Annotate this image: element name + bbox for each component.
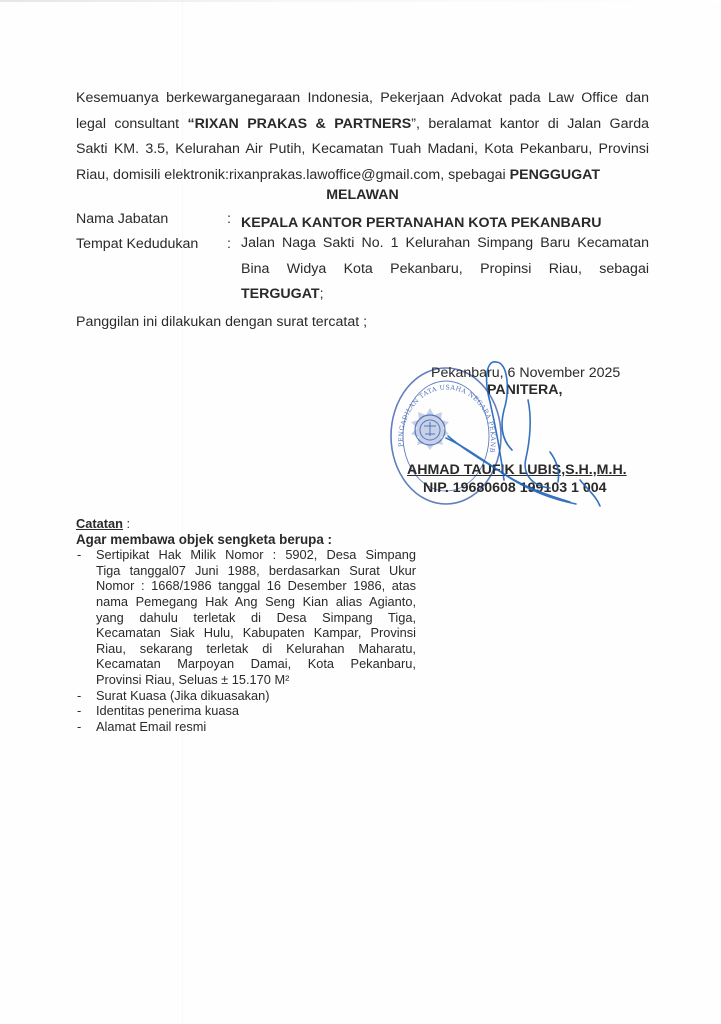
notes-list: -Sertipikat Hak Milik Nomor : 5902, Desa…: [76, 547, 416, 734]
defendant-role: TERGUGAT: [241, 286, 320, 302]
defendant-address-value: Jalan Naga Sakti No. 1 Kelurahan Simpang…: [241, 231, 649, 308]
bullet-dash: -: [77, 688, 81, 704]
bullet-dash: -: [77, 719, 81, 735]
bullet-dash: -: [77, 547, 81, 563]
document-page: Kesemuanya berkewarganegaraan Indonesia,…: [0, 0, 721, 1024]
summons-note: Panggilan ini dilakukan dengan surat ter…: [76, 314, 367, 330]
colon: :: [227, 236, 231, 252]
defendant-role-line: TERGUGAT;: [241, 282, 649, 308]
notes-item: -Surat Kuasa (Jika dikuasakan): [76, 688, 416, 704]
versus-heading: MELAWAN: [76, 187, 649, 203]
paragraph-line: Sakti KM. 3.5, Kelurahan Air Putih, Keca…: [76, 137, 649, 163]
name-label: Nama Jabatan: [76, 211, 226, 227]
bullet-dash: -: [77, 703, 81, 719]
paragraph-line: legal consultant “RIXAN PRAKAS & PARTNER…: [76, 112, 649, 138]
notes-title: Catatan: [76, 516, 123, 531]
address-line: Jalan Naga Sakti No. 1 Kelurahan Simpang…: [241, 231, 649, 257]
paragraph-line: Riau, domisili elektronik:rixanprakas.la…: [76, 163, 649, 189]
notes-item: -Sertipikat Hak Milik Nomor : 5902, Desa…: [76, 547, 416, 687]
handwritten-signature: [400, 340, 620, 510]
notes-section: Catatan : Agar membawa objek sengketa be…: [76, 516, 416, 734]
notes-subtitle: Agar membawa objek sengketa berupa :: [76, 532, 416, 548]
plaintiff-paragraph: Kesemuanya berkewarganegaraan Indonesia,…: [76, 86, 649, 188]
notes-item: -Identitas penerima kuasa: [76, 703, 416, 719]
address-line: Bina Widya Kota Pekanbaru, Propinsi Riau…: [241, 257, 649, 283]
address-label: Tempat Kedudukan: [76, 236, 226, 252]
notes-item: -Alamat Email resmi: [76, 719, 416, 735]
paragraph-line: Kesemuanya berkewarganegaraan Indonesia,…: [76, 86, 649, 112]
colon: :: [227, 211, 231, 227]
scan-edge: [0, 0, 721, 2]
